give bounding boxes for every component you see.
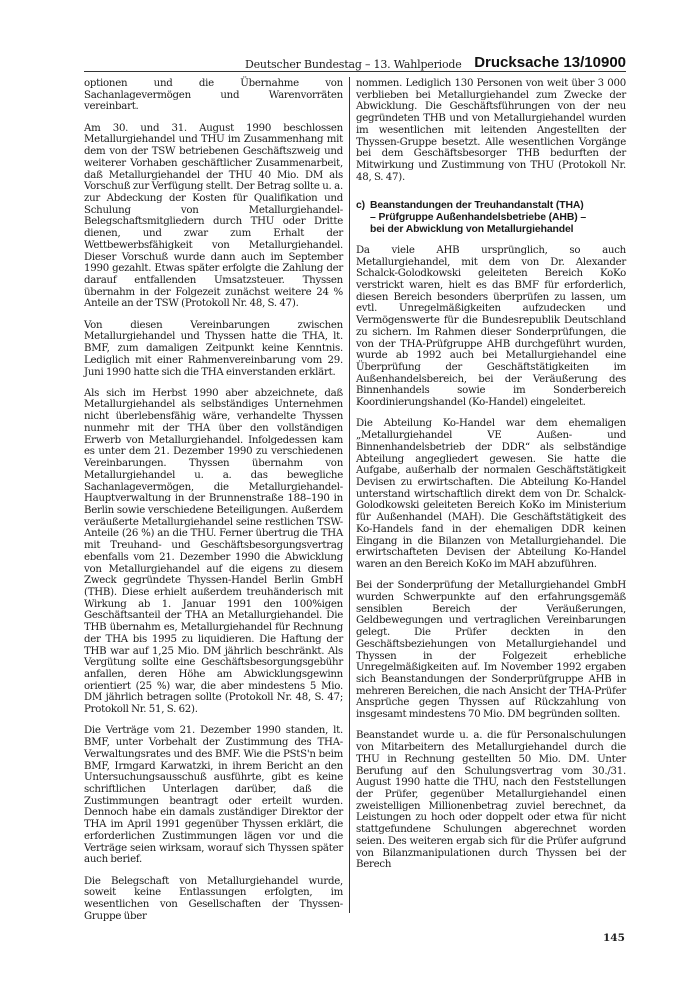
section-heading-line: bei der Abwicklung von Metallurgiehandel xyxy=(370,224,626,236)
paragraph: nommen. Lediglich 130 Personen von weit … xyxy=(356,78,626,183)
left-column: optionen und die Übernahme von Sachanlag… xyxy=(84,78,343,932)
paragraph: optionen und die Übernahme von Sachanlag… xyxy=(84,78,343,113)
section-heading-line: – Prüfgruppe Außenhandelsbetriebe (AHB) … xyxy=(370,212,626,224)
paragraph: Da viele AHB ursprünglich, so auch Metal… xyxy=(356,245,626,409)
header-rule xyxy=(84,71,626,72)
paragraph: Die Verträge vom 21. Dezember 1990 stand… xyxy=(84,725,343,866)
page-number: 145 xyxy=(603,932,625,944)
section-marker: c) xyxy=(356,200,365,212)
paragraph: Bei der Sonderprüfung der Metallurgiehan… xyxy=(356,580,626,721)
section-heading-line: Beanstandungen der Treuhandanstalt (THA) xyxy=(370,200,626,212)
page-header: Deutscher Bundestag – 13. Wahlperiode Dr… xyxy=(84,55,626,71)
document-number: Drucksache 13/10900 xyxy=(474,54,626,71)
paragraph: Die Abteilung Ko-Handel war dem ehemalig… xyxy=(356,418,626,570)
publication-title: Deutscher Bundestag – 13. Wahlperiode xyxy=(245,58,462,71)
paragraph: Beanstandet wurde u. a. die für Personal… xyxy=(356,730,626,871)
section-heading: c) Beanstandungen der Treuhandanstalt (T… xyxy=(356,200,626,235)
paragraph: Die Belegschaft von Metallurgiehandel wu… xyxy=(84,876,343,923)
paragraph: Von diesen Vereinbarungen zwischen Metal… xyxy=(84,320,343,379)
column-divider xyxy=(349,77,350,913)
right-column: nommen. Lediglich 130 Personen von weit … xyxy=(356,78,626,881)
paragraph: Als sich im Herbst 1990 aber abzeichnete… xyxy=(84,388,343,716)
paragraph: Am 30. und 31. August 1990 beschlossen M… xyxy=(84,123,343,311)
